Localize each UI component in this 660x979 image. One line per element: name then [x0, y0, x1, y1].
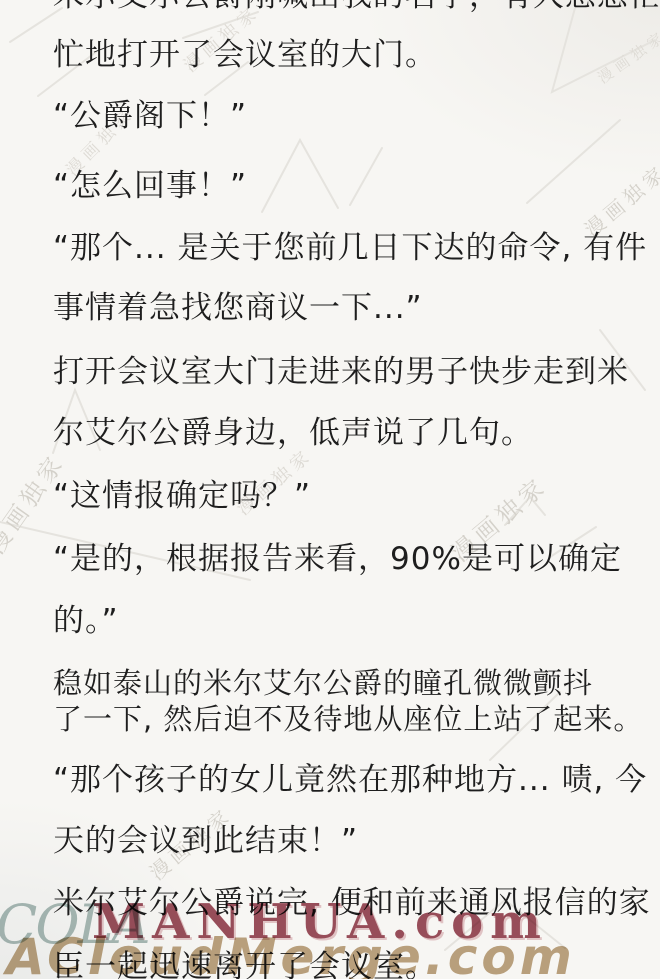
text-line: “那个... 是关于您前几日下达的命令, 有件: [53, 231, 647, 265]
text-line: 尔艾尔公爵身边，低声说了几句。: [53, 416, 533, 450]
text-line: 打开会议室大门走进来的男子快步走到米: [53, 355, 629, 389]
text-line: 事情着急找您商议一下...”: [53, 291, 423, 325]
text-line: 了一下, 然后迫不及待地从座位上站了起来。: [53, 702, 643, 736]
text-line: 忙地打开了会议室的大门。: [53, 38, 437, 72]
text-line: “怎么回事！”: [53, 169, 247, 203]
text-line: “那个孩子的女儿竟然在那种地方... 啧, 今: [53, 763, 647, 797]
text-line: “是的，根据报告来看，90%是可以确定: [53, 542, 622, 576]
text-line: 米尔艾尔公爵刚喊出我的名字，有人急急忙: [53, 0, 660, 13]
text-line: 天的会议到此结束！”: [53, 824, 358, 858]
text-line: 的。”: [53, 604, 119, 638]
text-line: “这情报确定吗？”: [53, 479, 311, 513]
text-line: 稳如泰山的米尔艾尔公爵的瞳孔微微颤抖: [53, 666, 593, 700]
watermark-site-sans: ACloudMerge.com: [6, 928, 576, 979]
novel-text-page: 漫画独家 漫画独家 漫画独家 漫画独家 漫画独家 漫画独家 漫画独家 漫画独家 …: [0, 0, 660, 979]
text-line: “公爵阁下！”: [53, 99, 247, 133]
